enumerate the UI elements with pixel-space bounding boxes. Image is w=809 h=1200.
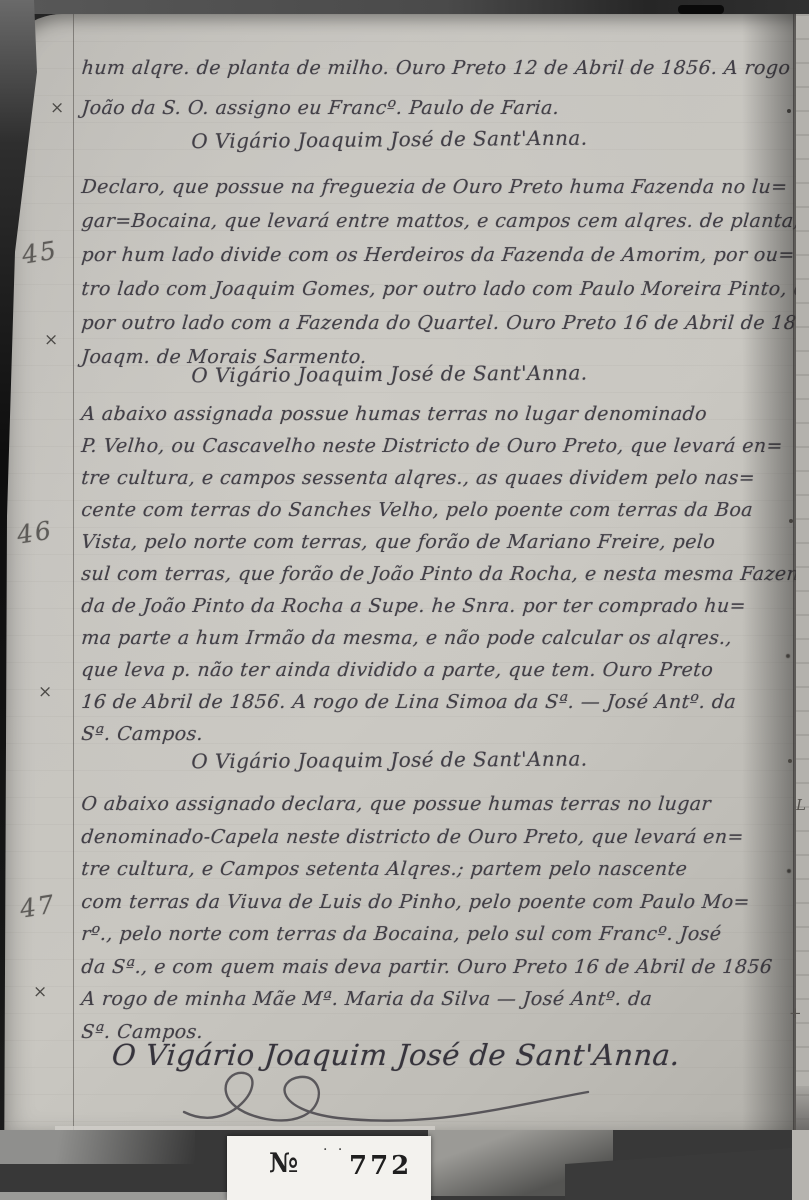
manuscript-line: hum alqre. de planta de milho. Ouro Pret… <box>80 48 768 88</box>
margin-number-45: 45 <box>20 235 60 269</box>
manuscript-line: por outro lado com a Fazenda do Quartel.… <box>80 306 768 340</box>
manuscript-line: da de João Pinto da Rocha a Supe. he Snr… <box>80 590 768 622</box>
vicar-signature-line: O Vigário Joaquim José de Sant'Anna. <box>90 360 689 388</box>
margin-x-mark: × <box>38 682 52 702</box>
adjacent-page-edge <box>796 14 809 1133</box>
manuscript-page: hum alqre. de planta de milho. Ouro Pret… <box>0 14 809 1133</box>
manuscript-line: tre cultura, e campos sessenta alqres., … <box>80 462 768 494</box>
photo-bottom-band: № · · 772 <box>0 1130 809 1200</box>
manuscript-line: ma parte a hum Irmão da mesma, e não pod… <box>80 622 768 654</box>
margin-number-46: 46 <box>15 515 55 549</box>
manuscript-line: rº., pelo norte com terras da Bocaina, p… <box>80 918 768 951</box>
ink-bleed-dots <box>787 109 791 113</box>
archive-number-sticker: № · · 772 <box>227 1136 431 1200</box>
manuscript-line: da Sª., e com quem mais deva partir. Our… <box>80 951 768 984</box>
vicar-signature-line: O Vigário Joaquim José de Sant'Anna. <box>90 125 689 154</box>
manuscript-line: A abaixo assignada possue humas terras n… <box>80 398 768 430</box>
manuscript-line: P. Velho, ou Cascavelho neste Districto … <box>80 430 768 462</box>
manuscript-line: tre cultura, e Campos setenta Alqres.; p… <box>80 853 768 886</box>
margin-x-mark: × <box>50 98 64 118</box>
entry-47-paragraph: O abaixo assignado declara, que possue h… <box>80 788 765 1048</box>
entry-45-paragraph: Declaro, que possue na freguezia de Ouro… <box>80 170 765 374</box>
manuscript-line: A rogo de minha Mãe Mª. Maria da Silva —… <box>80 983 768 1016</box>
margin-number-47: 47 <box>18 889 58 923</box>
manuscript-line: denominado-Capela neste districto de Our… <box>80 821 768 854</box>
opening-paragraph: hum alqre. de planta de milho. Ouro Pret… <box>80 48 765 128</box>
sticker-tick-marks: · · <box>323 1142 345 1158</box>
book-gutter-shadow <box>742 14 794 1133</box>
manuscript-line: por hum lado divide com os Herdeiros da … <box>80 238 768 272</box>
manuscript-line: sul com terras, que forão de João Pinto … <box>80 558 768 590</box>
manuscript-line: gar=Bocaina, que levará entre mattos, e … <box>80 204 768 238</box>
manuscript-line: 16 de Abril de 1856. A rogo de Lina Simo… <box>80 686 768 718</box>
numero-sign: № <box>269 1148 298 1179</box>
manuscript-line: Vista, pelo norte com terras, que forão … <box>80 526 768 558</box>
manuscript-line: cente com terras do Sanches Velho, pelo … <box>80 494 768 526</box>
margin-rule-line <box>73 14 74 1133</box>
manuscript-line: com terras da Viuva de Luis do Pinho, pe… <box>80 886 768 919</box>
entry-46-paragraph: A abaixo assignada possue humas terras n… <box>80 398 765 750</box>
archive-number: 772 <box>349 1151 412 1181</box>
vicar-signature-line: O Vigário Joaquim José de Sant'Anna. <box>90 746 689 774</box>
adjacent-page-bottom <box>792 1130 809 1200</box>
table-surface-left <box>0 1130 195 1164</box>
manuscript-line: Declaro, que possue na freguezia de Ouro… <box>80 170 768 204</box>
manuscript-photo: hum alqre. de planta de milho. Ouro Pret… <box>0 0 809 1200</box>
manuscript-line: que leva p. não ter ainda dividido a par… <box>80 654 768 686</box>
adjacent-page-shadow <box>796 1086 809 1133</box>
binding-mark <box>678 5 724 14</box>
adjacent-page-mark: + <box>789 1004 802 1022</box>
photo-bottom-edge <box>0 1192 228 1200</box>
manuscript-line: O abaixo assignado declara, que possue h… <box>80 788 768 821</box>
manuscript-line: tro lado com Joaquim Gomes, por outro la… <box>80 272 768 306</box>
manuscript-line: João da S. O. assigno eu Francº. Paulo d… <box>80 88 768 128</box>
margin-x-mark: × <box>44 330 58 350</box>
adjacent-page-mark: L <box>796 796 806 814</box>
margin-x-mark: × <box>33 982 47 1002</box>
